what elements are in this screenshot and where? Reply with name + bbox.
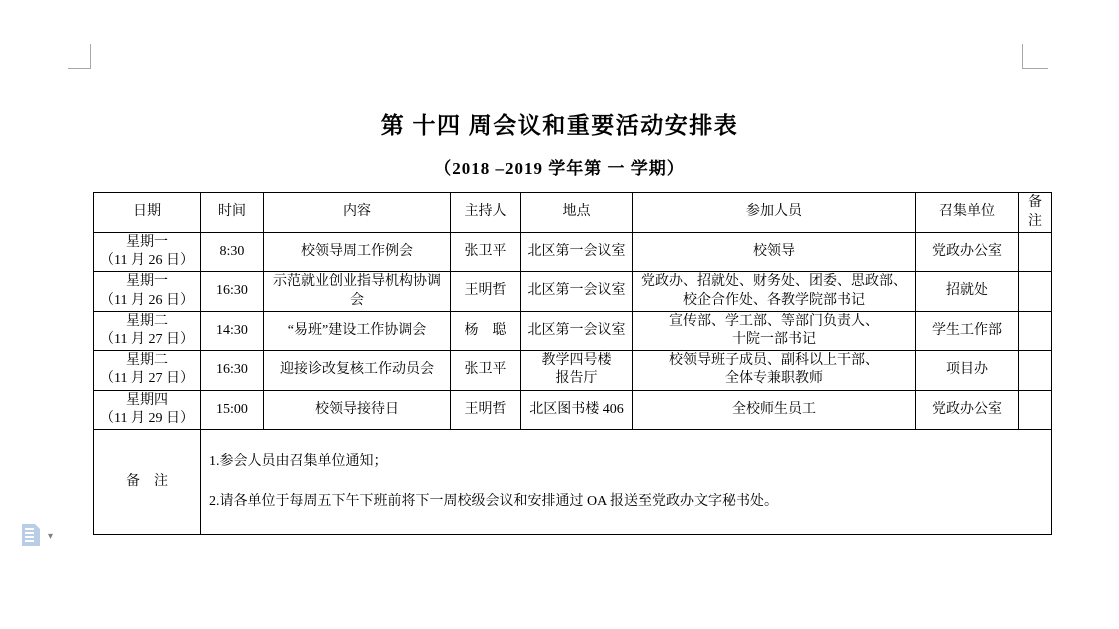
col-header-host: 主持人 bbox=[451, 193, 521, 233]
cell-participants: 校领导班子成员、副科以上干部、 全体专兼职教师 bbox=[633, 351, 916, 390]
schedule-table: 日期 时间 内容 主持人 地点 参加人员 召集单位 备 注 星期一 （11 月 … bbox=[93, 192, 1052, 535]
margin-mark-top-right-icon bbox=[1022, 44, 1048, 69]
table-row: 星期四 （11 月 29 日） 15:00 校领导接待日 王明哲 北区图书楼 4… bbox=[94, 390, 1052, 429]
table-row: 星期一 （11 月 26 日） 16:30 示范就业创业指导机构协调 会 王明哲… bbox=[94, 272, 1052, 311]
cell-date: 星期二 （11 月 27 日） bbox=[94, 351, 201, 390]
cell-organizer: 招就处 bbox=[916, 272, 1019, 311]
col-header-date: 日期 bbox=[94, 193, 201, 233]
cell-content: 迎接诊改复核工作动员会 bbox=[264, 351, 451, 390]
cell-location: 北区第一会议室 bbox=[521, 233, 633, 272]
cell-location: 北区图书楼 406 bbox=[521, 390, 633, 429]
cell-remark bbox=[1019, 272, 1052, 311]
cell-time: 16:30 bbox=[201, 351, 264, 390]
col-header-participants: 参加人员 bbox=[633, 193, 916, 233]
cell-host: 王明哲 bbox=[451, 272, 521, 311]
cell-participants: 宣传部、学工部、等部门负责人、 十院一部书记 bbox=[633, 311, 916, 350]
cell-participants: 党政办、招就处、财务处、团委、思政部、 校企合作处、各教学院部书记 bbox=[633, 272, 916, 311]
cell-time: 8:30 bbox=[201, 233, 264, 272]
cell-organizer: 党政办公室 bbox=[916, 390, 1019, 429]
cell-location: 北区第一会议室 bbox=[521, 311, 633, 350]
cell-host: 张卫平 bbox=[451, 351, 521, 390]
cell-organizer: 党政办公室 bbox=[916, 233, 1019, 272]
col-header-organizer: 召集单位 bbox=[916, 193, 1019, 233]
document-subtitle: （2018 –2019 学年第 一 学期） bbox=[0, 158, 1119, 180]
footer-label: 备 注 bbox=[94, 429, 201, 534]
cell-time: 14:30 bbox=[201, 311, 264, 350]
cell-content: 校领导接待日 bbox=[264, 390, 451, 429]
cell-participants: 校领导 bbox=[633, 233, 916, 272]
cell-date: 星期四 （11 月 29 日） bbox=[94, 390, 201, 429]
cell-remark bbox=[1019, 233, 1052, 272]
dropdown-arrow-icon[interactable]: ▾ bbox=[48, 532, 53, 542]
col-header-content: 内容 bbox=[264, 193, 451, 233]
cell-organizer: 学生工作部 bbox=[916, 311, 1019, 350]
cell-time: 16:30 bbox=[201, 272, 264, 311]
table-row: 星期二 （11 月 27 日） 16:30 迎接诊改复核工作动员会 张卫平 教学… bbox=[94, 351, 1052, 390]
cell-host: 杨 聪 bbox=[451, 311, 521, 350]
cell-time: 15:00 bbox=[201, 390, 264, 429]
table-row: 星期二 （11 月 27 日） 14:30 “易班”建设工作协调会 杨 聪 北区… bbox=[94, 311, 1052, 350]
cell-location: 北区第一会议室 bbox=[521, 272, 633, 311]
cell-remark bbox=[1019, 390, 1052, 429]
margin-mark-top-left-icon bbox=[68, 44, 91, 69]
footer-note-2: 2.请各单位于每周五下午下班前将下一周校级会议和安排通过 OA 报送至党政办文字… bbox=[209, 491, 1043, 513]
cell-location: 教学四号楼 报告厅 bbox=[521, 351, 633, 390]
cell-remark bbox=[1019, 351, 1052, 390]
col-header-remark: 备 注 bbox=[1019, 193, 1052, 233]
cell-remark bbox=[1019, 311, 1052, 350]
paste-options-button[interactable]: ▾ bbox=[22, 524, 53, 546]
cell-participants: 全校师生员工 bbox=[633, 390, 916, 429]
col-header-location: 地点 bbox=[521, 193, 633, 233]
paste-options-icon bbox=[22, 524, 40, 546]
document-title: 第 十四 周会议和重要活动安排表 bbox=[0, 112, 1119, 140]
cell-date: 星期一 （11 月 26 日） bbox=[94, 233, 201, 272]
table-footer-row: 备 注 1.参会人员由召集单位通知； 2.请各单位于每周五下午下班前将下一周校级… bbox=[94, 429, 1052, 534]
table-header-row: 日期 时间 内容 主持人 地点 参加人员 召集单位 备 注 bbox=[94, 193, 1052, 233]
cell-host: 王明哲 bbox=[451, 390, 521, 429]
cell-content: 示范就业创业指导机构协调 会 bbox=[264, 272, 451, 311]
cell-date: 星期一 （11 月 26 日） bbox=[94, 272, 201, 311]
footer-notes: 1.参会人员由召集单位通知； 2.请各单位于每周五下午下班前将下一周校级会议和安… bbox=[201, 429, 1052, 534]
cell-content: 校领导周工作例会 bbox=[264, 233, 451, 272]
col-header-time: 时间 bbox=[201, 193, 264, 233]
cell-content: “易班”建设工作协调会 bbox=[264, 311, 451, 350]
cell-date: 星期二 （11 月 27 日） bbox=[94, 311, 201, 350]
cell-organizer: 项目办 bbox=[916, 351, 1019, 390]
cell-host: 张卫平 bbox=[451, 233, 521, 272]
table-row: 星期一 （11 月 26 日） 8:30 校领导周工作例会 张卫平 北区第一会议… bbox=[94, 233, 1052, 272]
footer-note-1: 1.参会人员由召集单位通知； bbox=[209, 451, 1043, 473]
